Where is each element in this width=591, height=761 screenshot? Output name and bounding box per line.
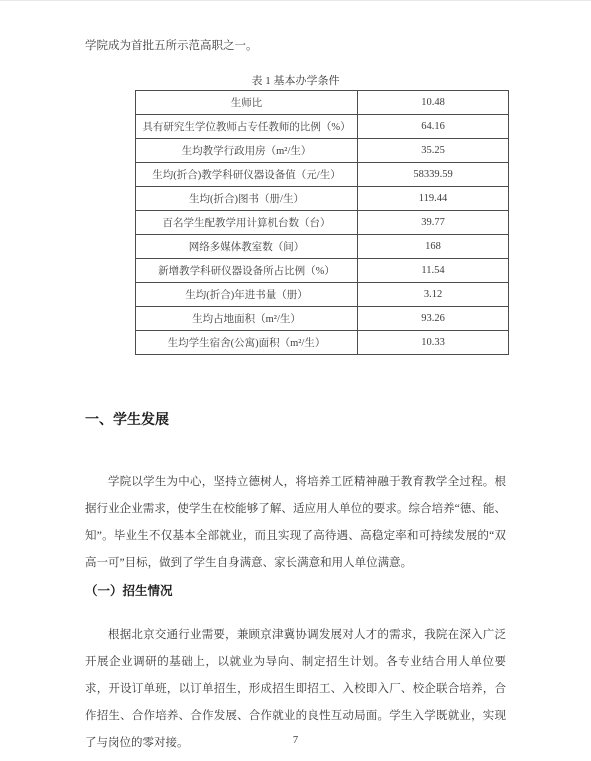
page-number: 7 (0, 735, 591, 746)
metric-value-cell: 11.54 (358, 259, 509, 283)
basic-conditions-table: 生师比 10.48 具有研究生学位教师占专任教师的比例（%） 64.16 生均教… (135, 90, 509, 355)
metric-value-cell: 39.77 (358, 211, 509, 235)
table-row: 生师比 10.48 (136, 91, 509, 115)
metric-value-cell: 64.16 (358, 115, 509, 139)
table-row: 生均教学行政用房（m²/生） 35.25 (136, 139, 509, 163)
intro-line: 学院成为首批五所示范高职之一。 (85, 39, 506, 54)
metric-label-cell: 生师比 (136, 91, 358, 115)
metric-value-cell: 10.33 (358, 331, 509, 355)
metric-value-cell: 35.25 (358, 139, 509, 163)
metric-value-cell: 93.26 (358, 307, 509, 331)
table-row: 生均(折合)图书（册/生） 119.44 (136, 187, 509, 211)
document-page: 学院成为首批五所示范高职之一。 表 1 基本办学条件 生师比 10.48 具有研… (0, 1, 591, 761)
metric-label-cell: 生均教学行政用房（m²/生） (136, 139, 358, 163)
metric-value-cell: 119.44 (358, 187, 509, 211)
metric-label-cell: 生均(折合)年进书量（册） (136, 283, 358, 307)
metric-label-cell: 生均学生宿舍(公寓)面积（m²/生） (136, 331, 358, 355)
metric-label-cell: 百名学生配教学用计算机台数（台） (136, 211, 358, 235)
table-row: 生均学生宿舍(公寓)面积（m²/生） 10.33 (136, 331, 509, 355)
metric-value-cell: 10.48 (358, 91, 509, 115)
paragraph-student-development: 学院以学生为中心，坚持立德树人，将培养工匠精神融于教育教学全过程。根据行业企业需… (85, 469, 506, 577)
metric-value-cell: 3.12 (358, 283, 509, 307)
table-caption: 表 1 基本办学条件 (85, 74, 506, 89)
table-row: 生均占地面积（m²/生） 93.26 (136, 307, 509, 331)
table-row: 新增教学科研仪器设备所占比例（%） 11.54 (136, 259, 509, 283)
table-row: 具有研究生学位教师占专任教师的比例（%） 64.16 (136, 115, 509, 139)
metric-value-cell: 58339.59 (358, 163, 509, 187)
metric-label-cell: 生均(折合)教学科研仪器设备值（元/生） (136, 163, 358, 187)
table-row: 生均(折合)教学科研仪器设备值（元/生） 58339.59 (136, 163, 509, 187)
metric-label-cell: 新增教学科研仪器设备所占比例（%） (136, 259, 358, 283)
metric-label-cell: 生均占地面积（m²/生） (136, 307, 358, 331)
section-heading-student-development: 一、学生发展 (85, 410, 506, 429)
subsection-heading-enrollment: （一）招生情况 (85, 583, 506, 600)
table-row: 网络多媒体教室数（间） 168 (136, 235, 509, 259)
metric-label-cell: 网络多媒体教室数（间） (136, 235, 358, 259)
metric-label-cell: 具有研究生学位教师占专任教师的比例（%） (136, 115, 358, 139)
table-row: 百名学生配教学用计算机台数（台） 39.77 (136, 211, 509, 235)
metric-value-cell: 168 (358, 235, 509, 259)
table-row: 生均(折合)年进书量（册） 3.12 (136, 283, 509, 307)
metric-label-cell: 生均(折合)图书（册/生） (136, 187, 358, 211)
